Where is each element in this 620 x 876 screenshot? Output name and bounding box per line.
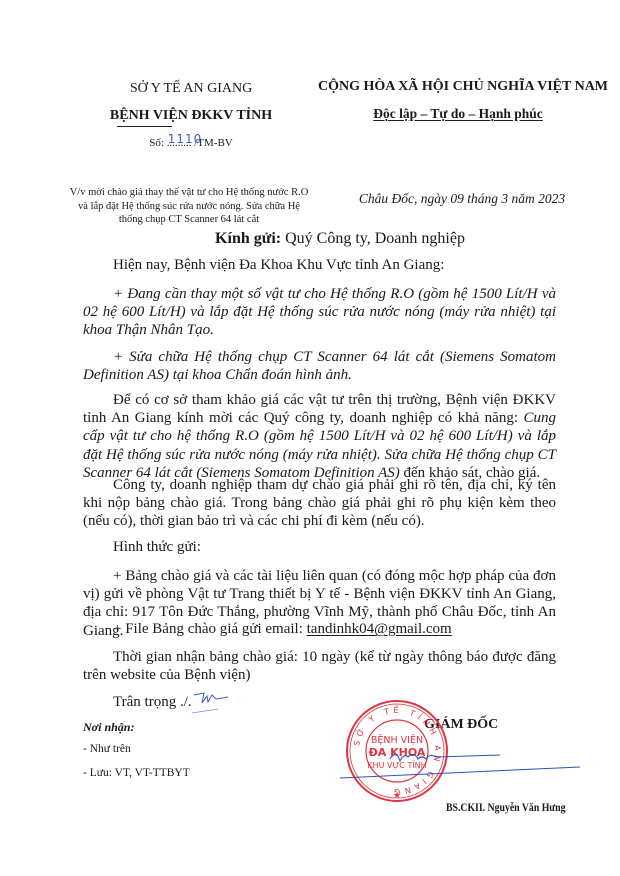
- send-method-label: Hình thức gửi:: [83, 538, 556, 556]
- agency-name: SỞ Y TẾ AN GIANG: [60, 81, 322, 97]
- nation-title: CỘNG HÒA XÃ HỘI CHỦ NGHĨA VIỆT NAM: [318, 79, 598, 95]
- deadline-paragraph: Thời gian nhận bảng chào giá: 10 ngày (k…: [83, 648, 556, 684]
- recipient-item: - Như trên: [83, 742, 131, 756]
- subject-line: V/v mời chào giá thay thế vật tư cho Hệ …: [58, 186, 320, 200]
- motto: Độc lập – Tự do – Hạnh phúc: [318, 106, 598, 122]
- email-prefix: + File Bảng chào giá gửi email:: [113, 621, 307, 637]
- intro-paragraph: Hiện nay, Bệnh viện Đa Khoa Khu Vực tỉnh…: [83, 256, 556, 274]
- send-method-email: + File Bảng chào giá gửi email: tandinhk…: [83, 620, 556, 638]
- recipients-label: Nơi nhận:: [83, 720, 134, 734]
- number-label: Số:: [149, 137, 164, 149]
- requirements-paragraph: Công ty, doanh nghiệp tham dự chào giá p…: [83, 476, 556, 531]
- signer-name: BS.CKII. Nguyễn Văn Hưng: [446, 801, 565, 815]
- director-signature-icon: [340, 745, 590, 785]
- subject-block: V/v mời chào giá thay thế vật tư cho Hệ …: [58, 186, 320, 227]
- item-ct-scanner: + Sửa chữa Hệ thống chụp CT Scanner 64 l…: [83, 348, 556, 384]
- place-date: Châu Đốc, ngày 09 tháng 3 năm 2023: [322, 191, 602, 207]
- subject-line: thống chụp CT Scanner 64 lát cắt: [58, 213, 320, 227]
- handwritten-number: 1110: [168, 132, 203, 146]
- recipient-item: - Lưu: VT, VT-TTBYT: [83, 766, 190, 780]
- hospital-name-text: BỆNH VIỆN ĐKKV TỈNH: [110, 108, 272, 123]
- svg-text:★: ★: [393, 790, 401, 800]
- salutation-recipient: Quý Công ty, Doanh nghiệp: [285, 230, 465, 247]
- email-link[interactable]: tandinhk04@gmail.com: [307, 621, 452, 637]
- number-field: ......... 1110: [167, 137, 195, 149]
- invitation-text: Để có cơ sở tham khảo giá các vật tư trê…: [83, 392, 556, 426]
- document-number: Số: ......... 1110 /TM-BV: [60, 136, 322, 150]
- closing-text: Trân trọng ./.: [113, 694, 192, 710]
- invitation-paragraph: Để có cơ sở tham khảo giá các vật tư trê…: [83, 391, 556, 482]
- initial-signature-icon: [192, 691, 232, 715]
- item-ro-system: + Đang cần thay một số vật tư cho Hệ thố…: [83, 285, 556, 340]
- hospital-underline: [117, 126, 172, 127]
- salutation-label: Kính gửi:: [215, 230, 281, 247]
- hospital-name: BỆNH VIỆN ĐKKV TỈNH: [60, 108, 322, 124]
- subject-line: và lắp đặt Hệ thống súc rửa nước nóng. S…: [58, 200, 320, 214]
- motto-text: Độc lập – Tự do – Hạnh phúc: [373, 106, 543, 121]
- closing: Trân trọng ./.: [83, 693, 556, 711]
- salutation: Kính gửi: Quý Công ty, Doanh nghiệp: [60, 229, 620, 249]
